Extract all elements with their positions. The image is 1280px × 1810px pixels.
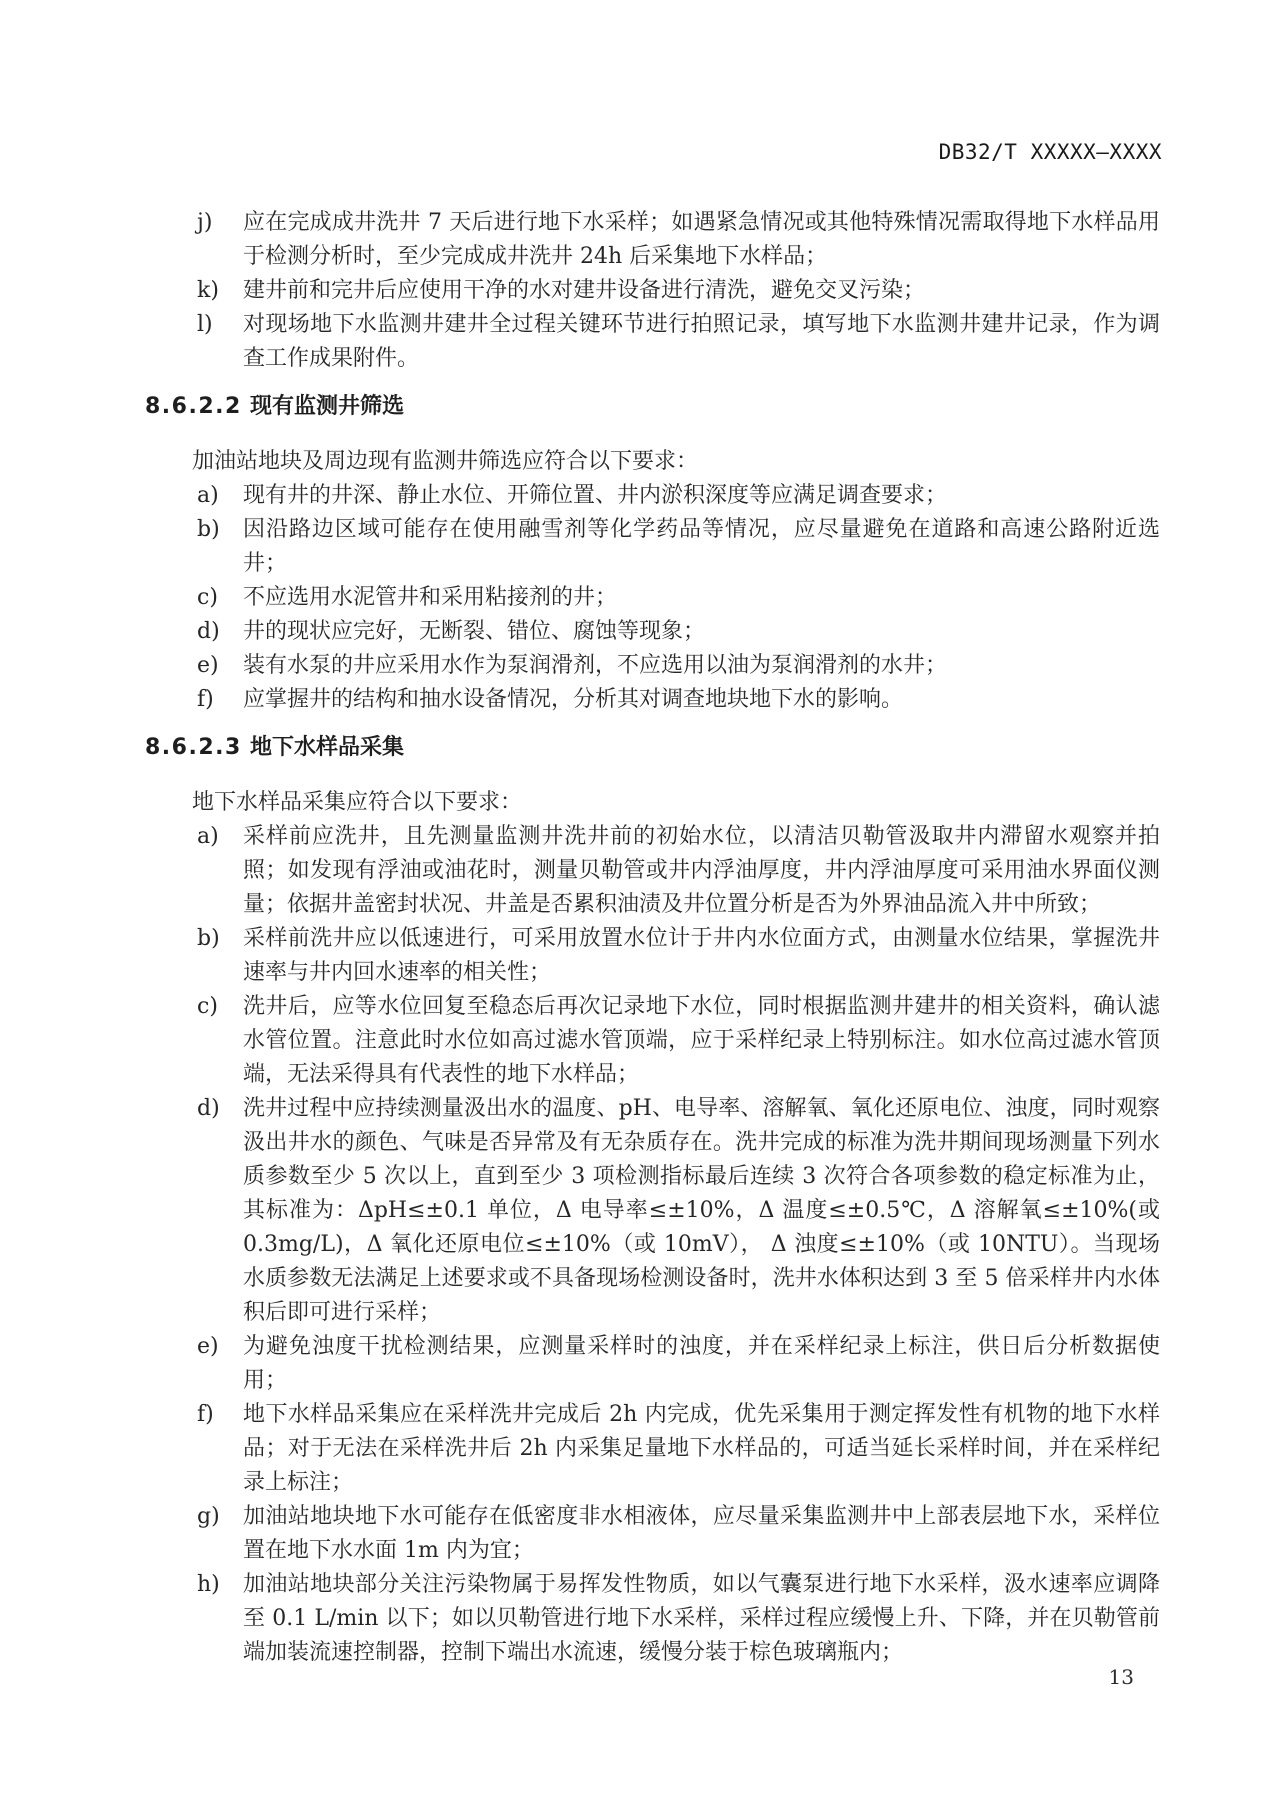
section-intro: 地下水样品采集应符合以下要求： [145,786,1160,820]
clause-item: e) 为避免浊度干扰检测结果，应测量采样时的浊度，并在采样纪录上标注，供日后分析… [145,1330,1160,1398]
clause-item: c) 不应选用水泥管井和采用粘接剂的井； [145,581,1160,615]
clause-item-text: 加油站地块地下水可能存在低密度非水相液体，应尽量采集监测井中上部表层地下水，采样… [243,1504,1160,1563]
clause-item-text: 现有井的井深、静止水位、开筛位置、井内淤积深度等应满足调查要求； [243,483,947,508]
clause-item-text: 为避免浊度干扰检测结果，应测量采样时的浊度，并在采样纪录上标注，供日后分析数据使… [243,1334,1160,1393]
clause-item: a) 采样前应洗井，且先测量监测井洗井前的初始水位，以清洁贝勒管汲取井内滞留水观… [145,820,1160,922]
section-heading: 8.6.2.3地下水样品采集 [145,731,1160,765]
clause-list: a) 采样前应洗井，且先测量监测井洗井前的初始水位，以清洁贝勒管汲取井内滞留水观… [145,820,1160,1670]
clause-item-label: c) [197,990,218,1024]
section-number: 8.6.2.3 [145,731,250,765]
clause-item-label: f) [197,683,214,717]
clause-item: g) 加油站地块地下水可能存在低密度非水相液体，应尽量采集监测井中上部表层地下水… [145,1500,1160,1568]
clause-item-label: e) [197,649,219,683]
clause-item-text: 洗井后，应等水位回复至稳态后再次记录地下水位，同时根据监测井建井的相关资料，确认… [243,994,1160,1087]
clause-item-text: 加油站地块部分关注污染物属于易挥发性物质，如以气囊泵进行地下水采样，汲水速率应调… [243,1572,1160,1665]
clause-item-text: 洗井过程中应持续测量汲出水的温度、pH、电导率、溶解氧、氧化还原电位、浊度，同时… [243,1096,1160,1325]
section-number: 8.6.2.2 [145,390,250,424]
clause-item: c) 洗井后，应等水位回复至稳态后再次记录地下水位，同时根据监测井建井的相关资料… [145,990,1160,1092]
clause-item: b) 因沿路边区域可能存在使用融雪剂等化学药品等情况，应尽量避免在道路和高速公路… [145,513,1160,581]
clause-item-label: c) [197,581,218,615]
clause-item-label: b) [197,922,220,956]
clause-item-label: b) [197,513,220,547]
clause-item-text: 装有水泵的井应采用水作为泵润滑剂，不应选用以油为泵润滑剂的水井； [243,653,947,678]
clause-item: l) 对现场地下水监测井建井全过程关键环节进行拍照记录，填写地下水监测井建井记录… [145,308,1160,376]
clause-item-text: 不应选用水泥管井和采用粘接剂的井； [243,585,617,610]
clause-item: a) 现有井的井深、静止水位、开筛位置、井内淤积深度等应满足调查要求； [145,479,1160,513]
clause-item-label: g) [197,1500,220,1534]
clause-item: k) 建井前和完井后应使用干净的水对建井设备进行清洗，避免交叉污染； [145,274,1160,308]
document-header-code: DB32/T XXXXX—XXXX [939,140,1162,164]
page-number: 13 [1109,1662,1134,1692]
section-title: 现有监测井筛选 [250,394,404,419]
section-heading: 8.6.2.2现有监测井筛选 [145,390,1160,424]
clause-item-label: f) [197,1398,214,1432]
clause-item-text: 应在完成成井洗井 7 天后进行地下水采样；如遇紧急情况或其他特殊情况需取得地下水… [243,210,1160,269]
clause-item-label: a) [197,479,219,513]
clause-item-label: l) [197,308,213,342]
clause-item: f) 地下水样品采集应在采样洗井完成后 2h 内完成，优先采集用于测定挥发性有机… [145,1398,1160,1500]
clause-list-continued: j) 应在完成成井洗井 7 天后进行地下水采样；如遇紧急情况或其他特殊情况需取得… [145,206,1160,376]
clause-item-text: 地下水样品采集应在采样洗井完成后 2h 内完成，优先采集用于测定挥发性有机物的地… [243,1402,1160,1495]
clause-item-text: 采样前洗井应以低速进行，可采用放置水位计于井内水位面方式，由测量水位结果，掌握洗… [243,926,1160,985]
clause-item-label: d) [197,1092,220,1126]
document-content: j) 应在完成成井洗井 7 天后进行地下水采样；如遇紧急情况或其他特殊情况需取得… [145,206,1160,1670]
clause-item-text: 建井前和完井后应使用干净的水对建井设备进行清洗，避免交叉污染； [243,278,925,303]
clause-item: d) 洗井过程中应持续测量汲出水的温度、pH、电导率、溶解氧、氧化还原电位、浊度… [145,1092,1160,1330]
clause-item: d) 井的现状应完好，无断裂、错位、腐蚀等现象； [145,615,1160,649]
clause-item: e) 装有水泵的井应采用水作为泵润滑剂，不应选用以油为泵润滑剂的水井； [145,649,1160,683]
section-title: 地下水样品采集 [250,735,404,760]
clause-item-label: e) [197,1330,219,1364]
clause-item-text: 应掌握井的结构和抽水设备情况，分析其对调查地块地下水的影响。 [243,687,903,712]
document-page: DB32/T XXXXX—XXXX j) 应在完成成井洗井 7 天后进行地下水采… [0,0,1280,1810]
clause-item-label: h) [197,1568,220,1602]
clause-item: f) 应掌握井的结构和抽水设备情况，分析其对调查地块地下水的影响。 [145,683,1160,717]
clause-list: a) 现有井的井深、静止水位、开筛位置、井内淤积深度等应满足调查要求； b) 因… [145,479,1160,717]
clause-item-text: 采样前应洗井，且先测量监测井洗井前的初始水位，以清洁贝勒管汲取井内滞留水观察并拍… [243,824,1160,917]
clause-item-label: k) [197,274,219,308]
clause-item-label: j) [197,206,212,240]
section-intro: 加油站地块及周边现有监测井筛选应符合以下要求： [145,445,1160,479]
clause-item-text: 因沿路边区域可能存在使用融雪剂等化学药品等情况，应尽量避免在道路和高速公路附近选… [243,517,1160,576]
clause-item: j) 应在完成成井洗井 7 天后进行地下水采样；如遇紧急情况或其他特殊情况需取得… [145,206,1160,274]
clause-item-label: a) [197,820,219,854]
sections-container: 8.6.2.2现有监测井筛选 加油站地块及周边现有监测井筛选应符合以下要求： a… [145,390,1160,1670]
clause-item-text: 对现场地下水监测井建井全过程关键环节进行拍照记录，填写地下水监测井建井记录，作为… [243,312,1160,371]
section: 8.6.2.3地下水样品采集 地下水样品采集应符合以下要求： a) 采样前应洗井… [145,731,1160,1670]
clause-item: b) 采样前洗井应以低速进行，可采用放置水位计于井内水位面方式，由测量水位结果，… [145,922,1160,990]
section: 8.6.2.2现有监测井筛选 加油站地块及周边现有监测井筛选应符合以下要求： a… [145,390,1160,717]
clause-item: h) 加油站地块部分关注污染物属于易挥发性物质，如以气囊泵进行地下水采样，汲水速… [145,1568,1160,1670]
clause-item-label: d) [197,615,220,649]
clause-item-text: 井的现状应完好，无断裂、错位、腐蚀等现象； [243,619,705,644]
